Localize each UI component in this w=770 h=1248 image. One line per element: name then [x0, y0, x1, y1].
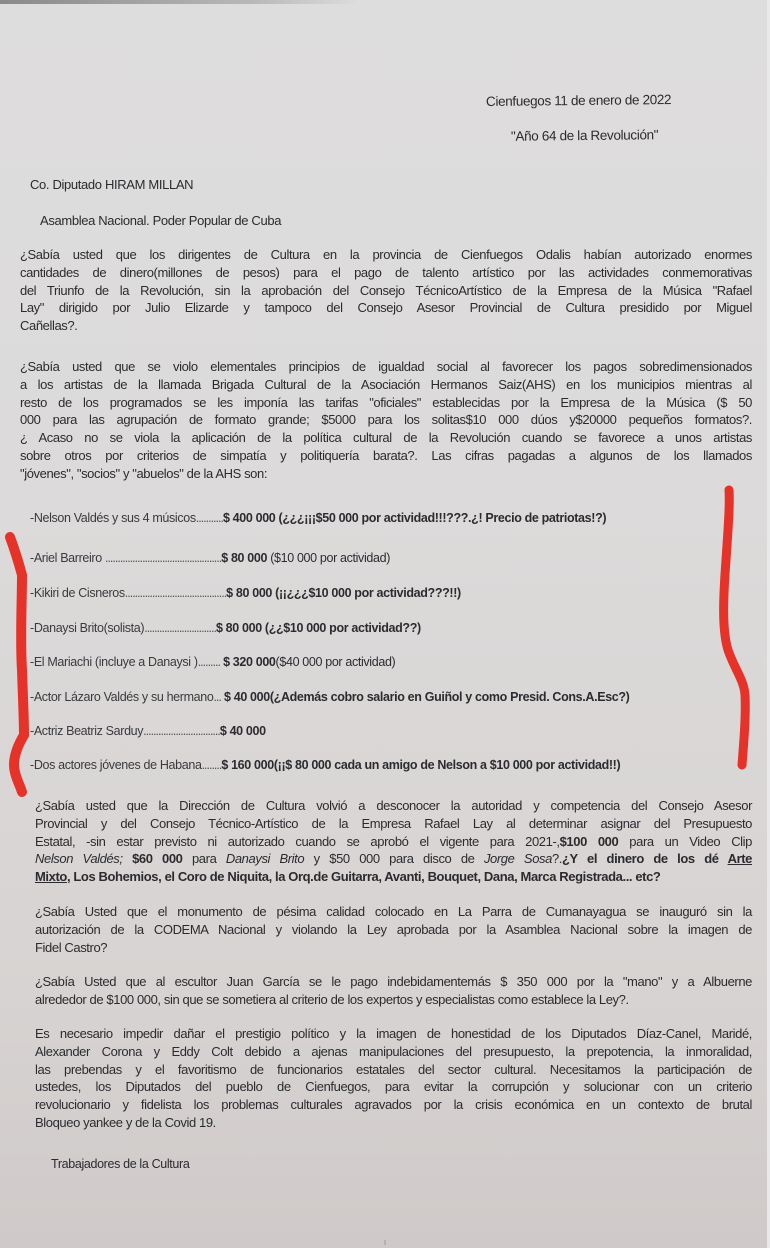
- left-red-bracket: [10, 537, 24, 792]
- scanned-letter-page: Cienfuegos 11 de enero de 2022 "Año 64 d…: [0, 0, 770, 1248]
- right-red-bracket: [724, 490, 746, 765]
- red-marker-brackets: [0, 0, 770, 1248]
